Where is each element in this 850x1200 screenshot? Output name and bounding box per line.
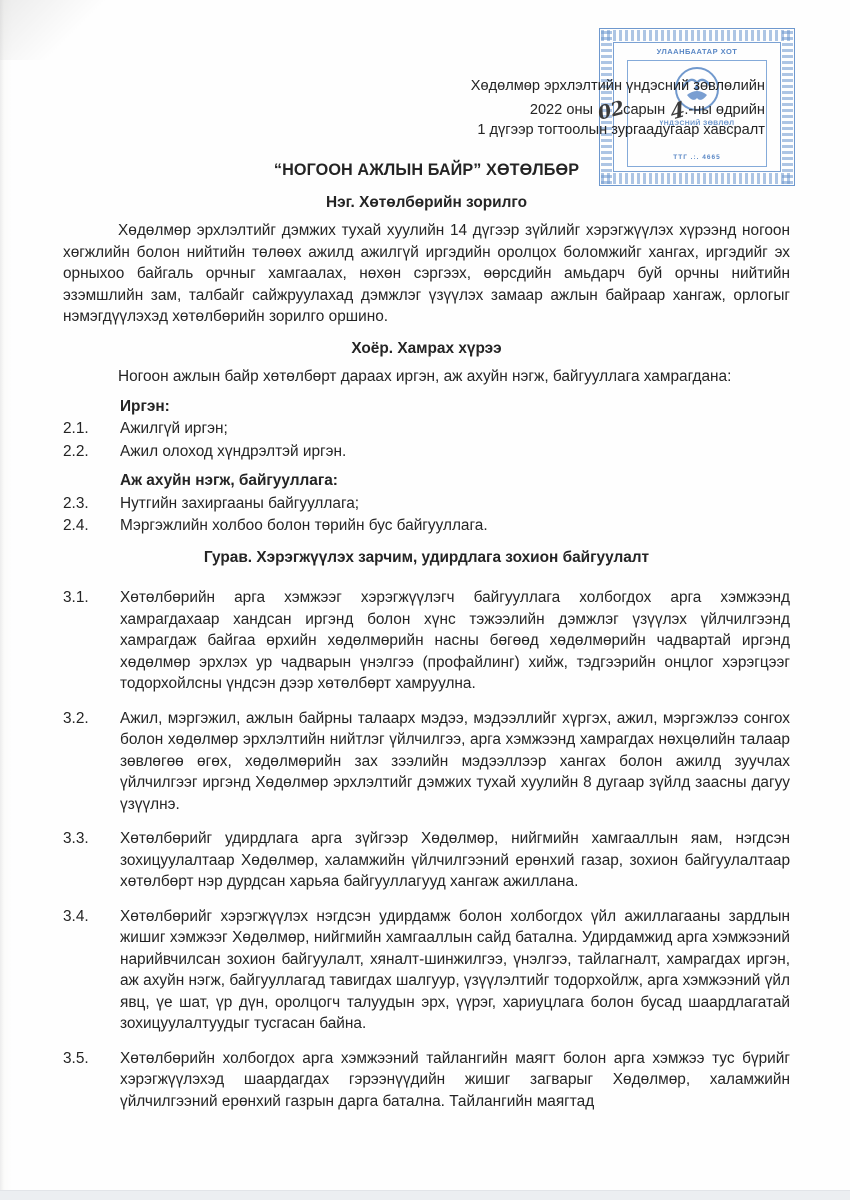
stamp-registration-number: ТТГ .:. 4665 xyxy=(628,154,766,161)
header-line-council: Хөдөлмөр эрхлэлтийн үндэсний зөвлөлийн xyxy=(0,76,765,97)
item-text: Ажил олоход хүндрэлтэй иргэн. xyxy=(120,441,790,463)
stamp-ornament-band-right xyxy=(782,30,793,184)
section-2-heading: Хоёр. Хамрах хүрээ xyxy=(63,338,790,360)
item-text: Мэргэжлийн холбоо болон төрийн бус байгу… xyxy=(120,515,790,537)
organization-sublabel: Аж ахуйн нэгж, байгууллага: xyxy=(120,470,790,492)
handwritten-day: 4 xyxy=(668,98,686,123)
stamp-ornament-band-top xyxy=(601,30,793,41)
section-3-heading: Гурав. Хэрэгжүүлэх зарчим, удирдлага зох… xyxy=(63,547,790,569)
item-text: Хөтөлбөрийг удирдлага арга зүйгээр Хөдөл… xyxy=(120,828,790,893)
item-text: Ажилгүй иргэн; xyxy=(120,418,790,440)
header-line-annex: 1 дүгээр тогтоолын зургаадугаар хавсралт xyxy=(0,120,765,141)
item-number: 3.4. xyxy=(63,906,120,1035)
section-1-paragraph: Хөдөлмөр эрхлэлтийг дэмжих тухай хуулийн… xyxy=(63,220,790,328)
document-body: “НОГООН АЖЛЫН БАЙР” ХӨТӨЛБӨР Нэг. Хөтөлб… xyxy=(63,160,790,1112)
stamp-ornament-band-bottom xyxy=(601,173,793,184)
section-2-intro: Ногоон ажлын байр хөтөлбөрт дараах иргэн… xyxy=(63,366,790,388)
date-year-text: 2022 оны xyxy=(530,102,593,118)
item-number: 3.1. xyxy=(63,587,120,695)
header-line-date: 2022 оны 02 сарын 4 .-ны өдрийн xyxy=(0,97,765,121)
stamp-city-label: УЛААНБААТАР ХОТ xyxy=(614,47,780,56)
item-text: Хөтөлбөрийн холбогдох арга хэмжээний тай… xyxy=(120,1048,790,1113)
scan-shadow-artifact xyxy=(0,0,120,60)
list-item-3-1: 3.1. Хөтөлбөрийн арга хэмжээг хэрэгжүүлэ… xyxy=(63,587,790,695)
item-number: 3.5. xyxy=(63,1048,120,1113)
item-text: Хөтөлбөрийг хэрэгжүүлэх нэгдсэн удирдамж… xyxy=(120,906,790,1035)
citizen-sublabel: Иргэн: xyxy=(120,396,790,418)
list-item-2-2: 2.2. Ажил олоход хүндрэлтэй иргэн. xyxy=(63,441,790,463)
list-item-3-3: 3.3. Хөтөлбөрийг удирдлага арга зүйгээр … xyxy=(63,828,790,893)
item-number: 3.2. xyxy=(63,708,120,816)
document-page: УЛААНБААТАР ХОТ ҮНДЭСНИЙ ЗӨВЛӨЛ ТТГ .:. … xyxy=(0,0,850,1200)
list-item-2-1: 2.1. Ажилгүй иргэн; xyxy=(63,418,790,440)
list-item-3-5: 3.5. Хөтөлбөрийн холбогдох арга хэмжээни… xyxy=(63,1048,790,1113)
approval-header: Хөдөлмөр эрхлэлтийн үндэсний зөвлөлийн 2… xyxy=(0,76,765,141)
item-number: 2.4. xyxy=(63,515,120,537)
item-number: 2.1. xyxy=(63,418,120,440)
list-item-2-4: 2.4. Мэргэжлийн холбоо болон төрийн бус … xyxy=(63,515,790,537)
scan-bottom-edge-artifact xyxy=(0,1190,850,1200)
item-number: 3.3. xyxy=(63,828,120,893)
handwritten-month: 02 xyxy=(596,98,624,124)
item-number: 2.2. xyxy=(63,441,120,463)
date-month-text: сарын xyxy=(623,102,665,118)
item-text: Нутгийн захиргааны байгууллага; xyxy=(120,493,790,515)
item-text: Ажил, мэргэжил, ажлын байрны талаарх мэд… xyxy=(120,708,790,816)
list-item-2-3: 2.3. Нутгийн захиргааны байгууллага; xyxy=(63,493,790,515)
date-day-text: .-ны өдрийн xyxy=(684,102,765,118)
item-text: Хөтөлбөрийн арга хэмжээг хэрэгжүүлэгч ба… xyxy=(120,587,790,695)
item-number: 2.3. xyxy=(63,493,120,515)
list-item-3-2: 3.2. Ажил, мэргэжил, ажлын байрны талаар… xyxy=(63,708,790,816)
section-1-heading: Нэг. Хөтөлбөрийн зорилго xyxy=(63,192,790,214)
list-item-3-4: 3.4. Хөтөлбөрийг хэрэгжүүлэх нэгдсэн уди… xyxy=(63,906,790,1035)
